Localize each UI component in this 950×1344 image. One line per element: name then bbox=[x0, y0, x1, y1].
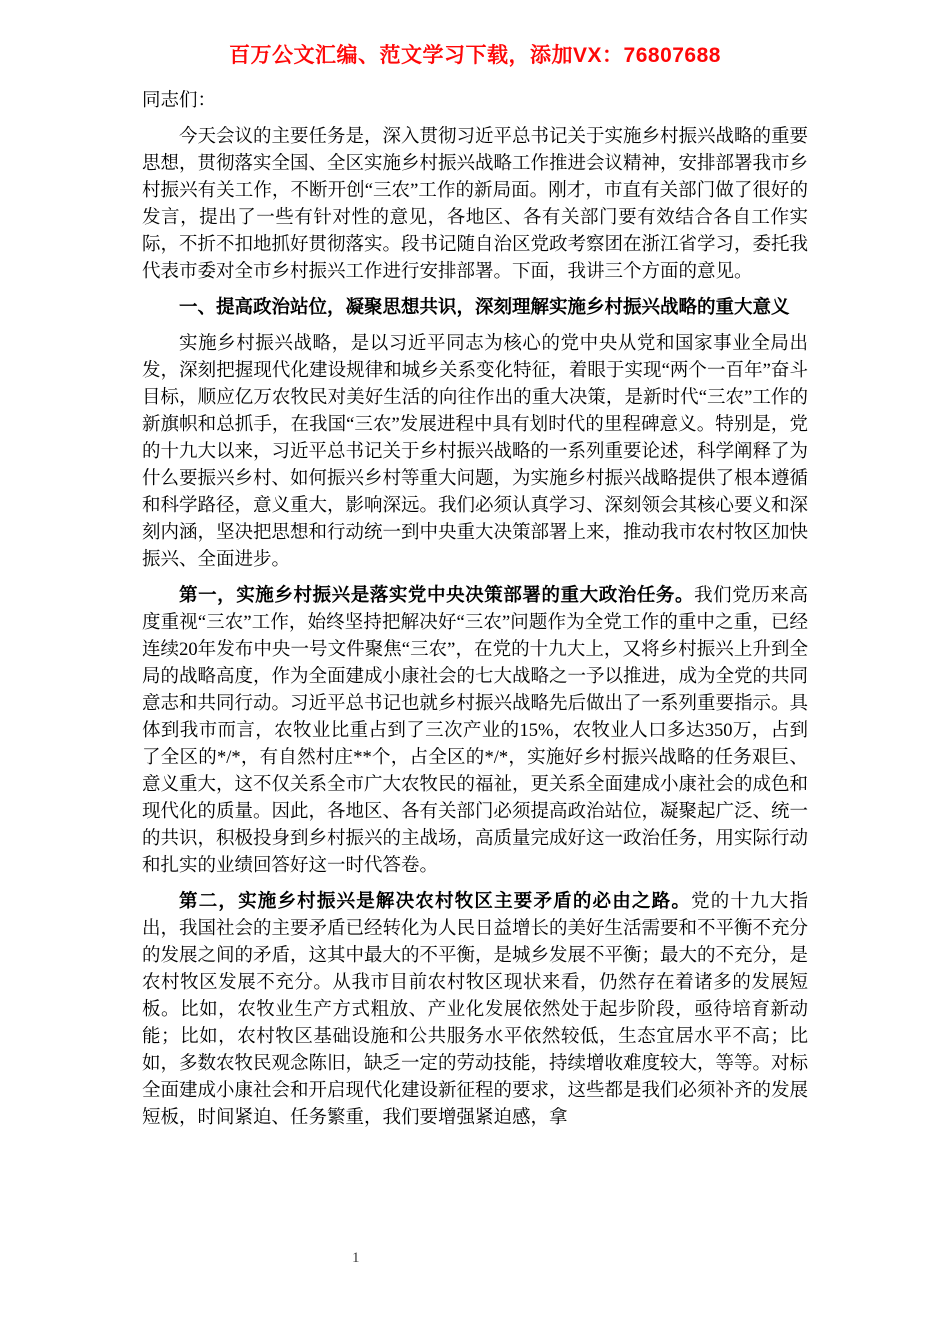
section-1-lead-paragraph: 实施乡村振兴战略，是以习近平同志为核心的党中央从党和国家事业全局出发，深刻把握现… bbox=[142, 331, 808, 574]
document-body: 同志们： 今天会议的主要任务是，深入贯彻习近平总书记关于实施乡村振兴战略的重要思… bbox=[142, 88, 808, 1141]
intro-paragraph: 今天会议的主要任务是，深入贯彻习近平总书记关于实施乡村振兴战略的重要思想，贯彻落… bbox=[142, 124, 808, 286]
watermark-ad-text: 百万公文汇编、范文学习下载，添加VX：76807688 bbox=[0, 44, 950, 67]
point-1-paragraph: 第一，实施乡村振兴是落实党中央决策部署的重大政治任务。我们党历来高度重视“三农”… bbox=[142, 583, 808, 880]
point-2-paragraph: 第二，实施乡村振兴是解决农村牧区主要矛盾的必由之路。党的十九大指出，我国社会的主… bbox=[142, 889, 808, 1132]
point-2-text: 党的十九大指出，我国社会的主要矛盾已经转化为人民日益增长的美好生活需要和不平衡不… bbox=[142, 892, 808, 1128]
point-2-lead: 第二，实施乡村振兴是解决农村牧区主要矛盾的必由之路。 bbox=[179, 892, 691, 912]
point-1-text: 我们党历来高度重视“三农”工作，始终坚持把解决好“三农”问题作为全党工作的重中之… bbox=[142, 586, 808, 876]
point-1-lead: 第一，实施乡村振兴是落实党中央决策部署的重大政治任务。 bbox=[179, 586, 694, 606]
document-page: 百万公文汇编、范文学习下载，添加VX：76807688 同志们： 今天会议的主要… bbox=[0, 0, 950, 1344]
salutation: 同志们： bbox=[142, 88, 808, 115]
section-1-heading: 一、提高政治站位，凝聚思想共识，深刻理解实施乡村振兴战略的重大意义 bbox=[142, 295, 808, 322]
page-number: 1 bbox=[352, 1250, 360, 1267]
